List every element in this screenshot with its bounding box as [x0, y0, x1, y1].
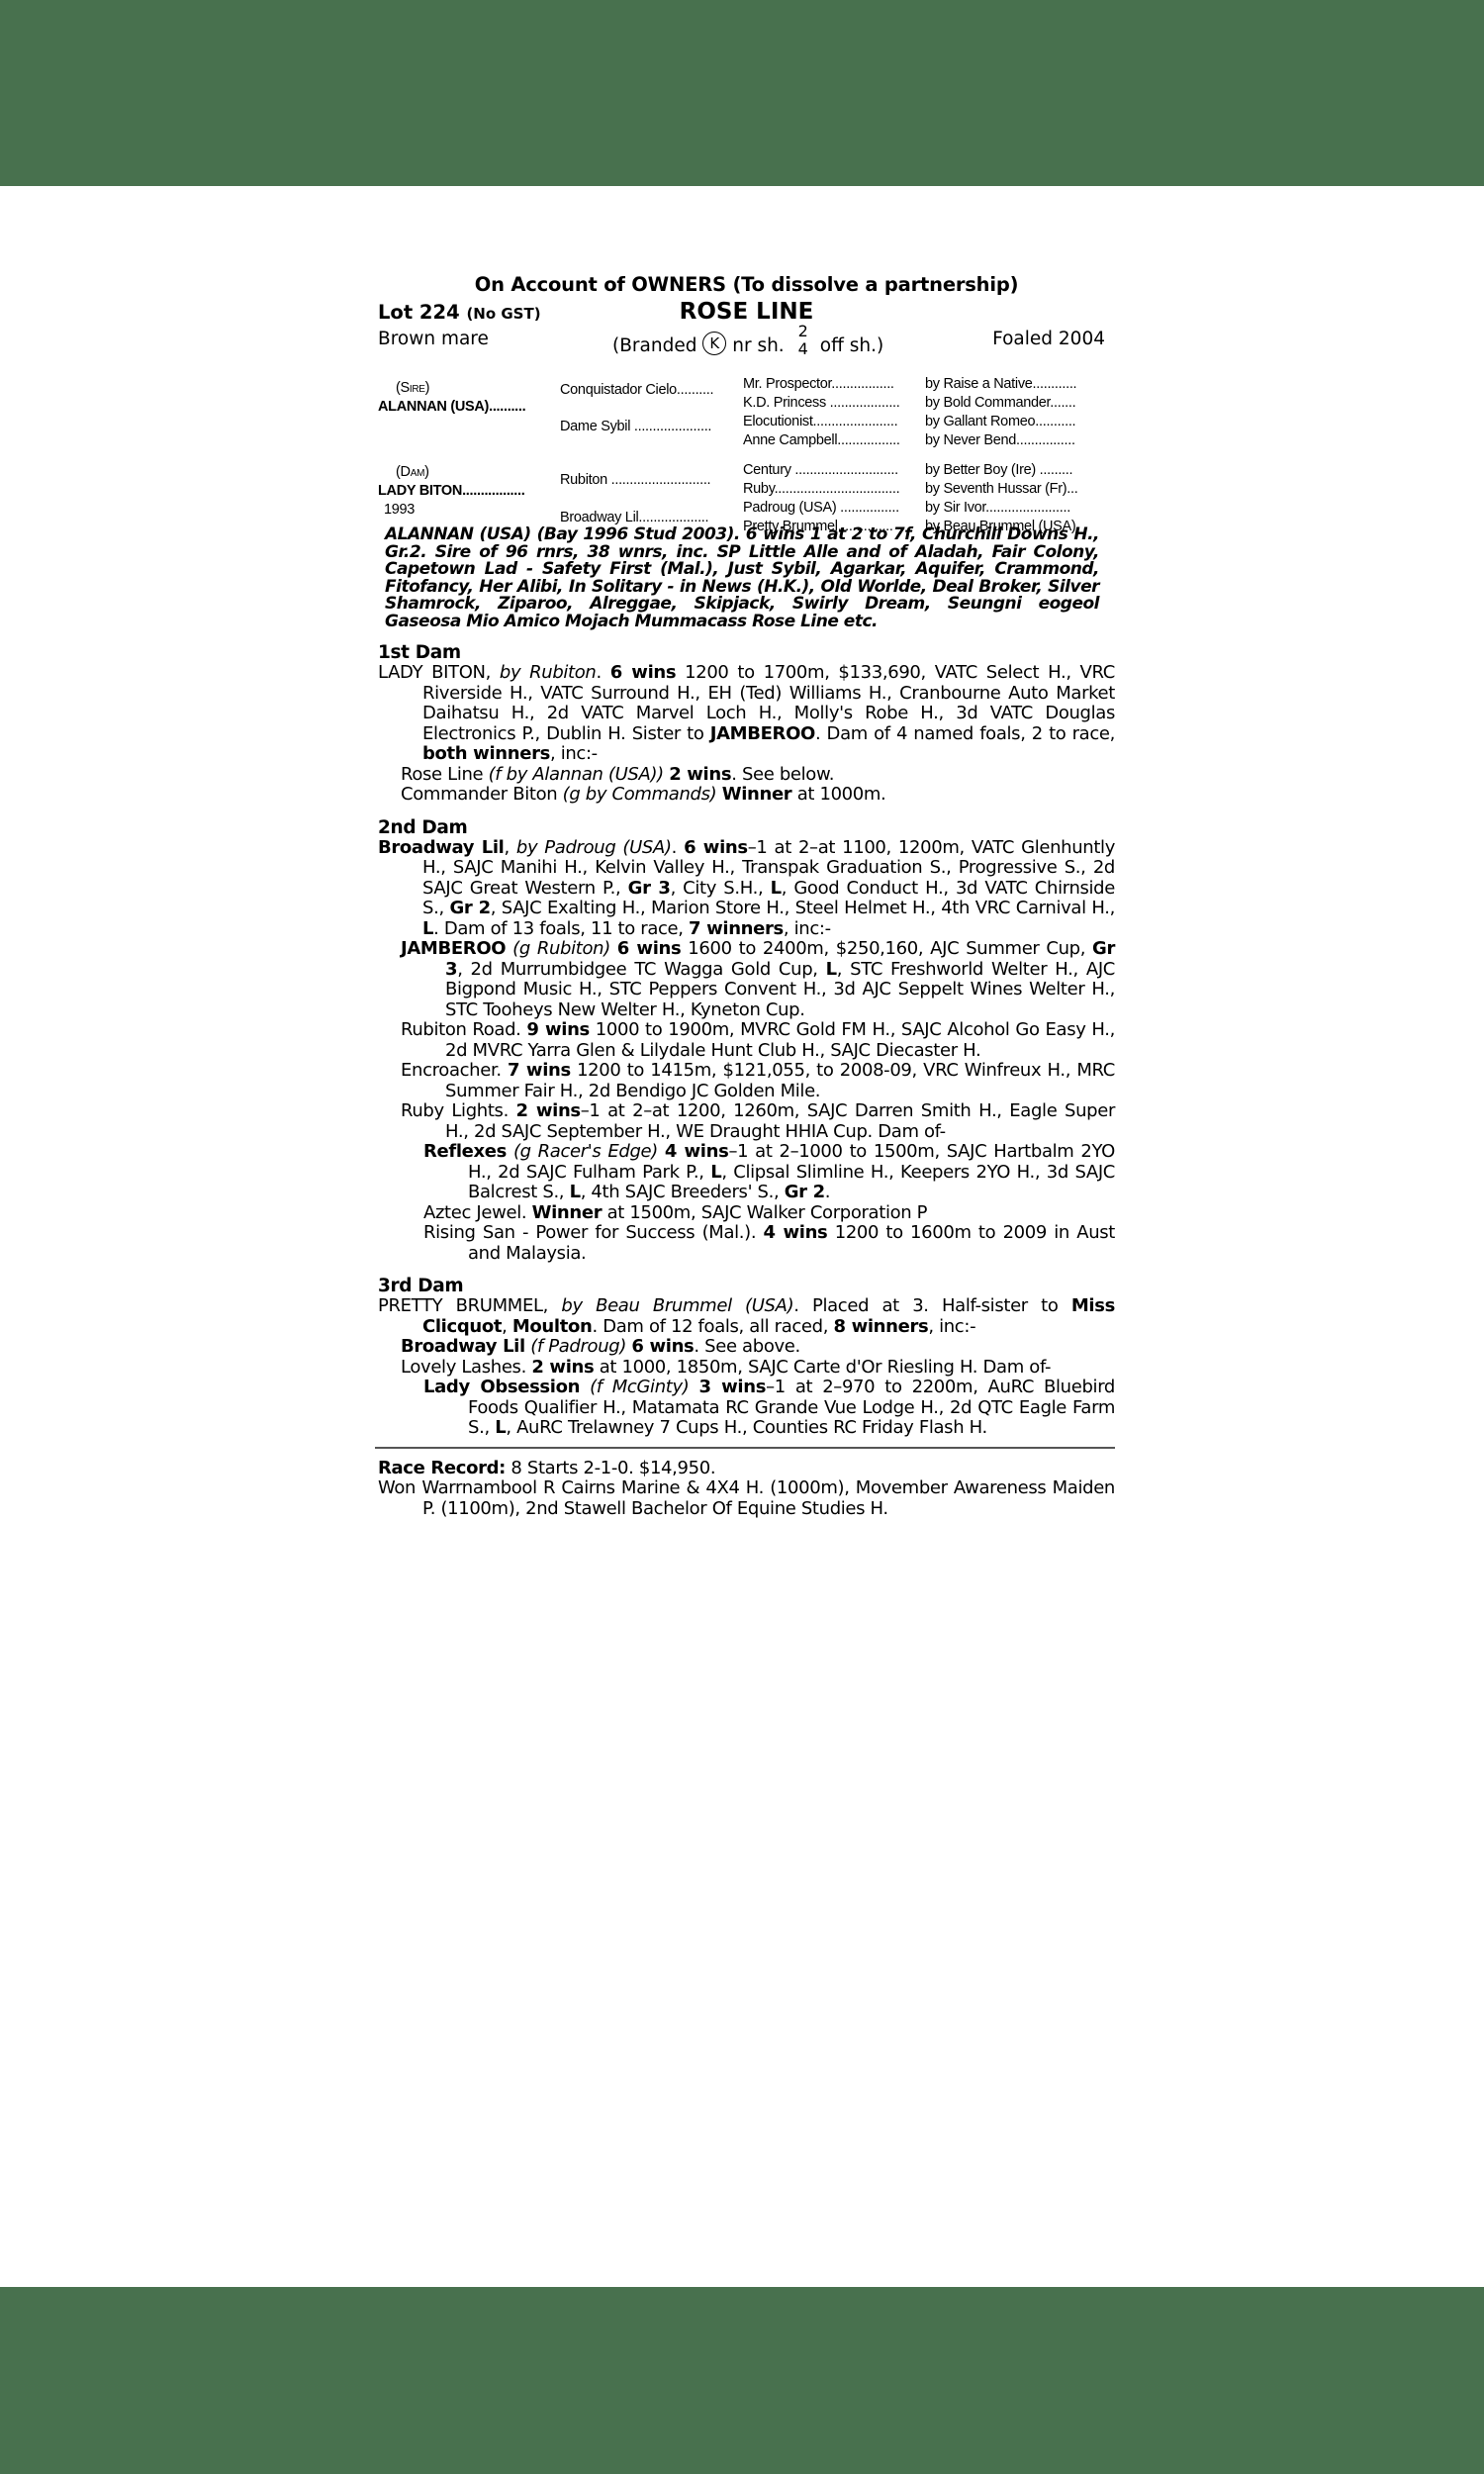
third-dam-entry: PRETTY BRUMMEL, by Beau Brummel (USA). P…: [378, 1296, 1115, 1337]
pedigree-gen4: by Beau Brummel (USA): [925, 519, 1075, 534]
second-dam-heading: 2nd Dam: [378, 817, 1115, 838]
progeny-entry: Broadway Lil (f Padroug) 6 wins. See abo…: [378, 1337, 1115, 1358]
dam-label: (Dam): [396, 464, 429, 480]
pedigree-gen3: Anne Campbell.................: [743, 432, 900, 448]
race-record-details: Won Warrnambool R Cairns Marine & 4X4 H.…: [378, 1478, 1115, 1519]
pedigree-gen4: by Sir Ivor.......................: [925, 500, 1070, 516]
sire-biography: ALANNAN (USA) (Bay 1996 Stud 2003). 6 wi…: [378, 526, 1115, 630]
foaled-year: Foaled 2004: [992, 329, 1105, 349]
progeny-entry: Rubiton Road. 9 wins 1000 to 1900m, MVRC…: [378, 1020, 1115, 1061]
third-dam-heading: 3rd Dam: [378, 1276, 1115, 1296]
pedigree-gen4: by Better Boy (Ire) .........: [925, 462, 1072, 478]
pedigree-gen4: by Never Bend................: [925, 432, 1075, 448]
dam-name: LADY BITON.................: [378, 483, 524, 499]
pedigree-gen2: Conquistador Cielo..........: [560, 382, 713, 398]
info-row: Brown mare (Branded K nr sh. 24off sh.) …: [378, 327, 1115, 362]
catalogue-page: On Account of OWNERS (To dissolve a part…: [378, 273, 1115, 1519]
pedigree-gen4: by Seventh Hussar (Fr)...: [925, 481, 1077, 497]
sire-label: (Sire): [396, 380, 429, 396]
progeny-entry: Commander Biton (g by Commands) Winner a…: [378, 785, 1115, 806]
pedigree-gen4: by Gallant Romeo...........: [925, 414, 1075, 429]
brand-k-circle-icon: K: [702, 332, 726, 355]
grand-progeny-entry: Lady Obsession (f McGinty) 3 wins–1 at 2…: [378, 1378, 1115, 1439]
vendor-heading: On Account of OWNERS (To dissolve a part…: [378, 273, 1115, 299]
section-divider: [375, 1447, 1115, 1449]
lot-number: Lot 224 (No GST): [378, 301, 541, 324]
first-dam-entry: LADY BITON, by Rubiton. 6 wins 1200 to 1…: [378, 663, 1115, 765]
pedigree-gen4: by Bold Commander.......: [925, 395, 1075, 411]
bottom-green-band: [0, 2287, 1484, 2474]
progeny-entry: Lovely Lashes. 2 wins at 1000, 1850m, SA…: [378, 1358, 1115, 1379]
gst-note: (No GST): [466, 305, 540, 323]
grand-progeny-entry: Rising San - Power for Success (Mal.). 4…: [378, 1223, 1115, 1264]
brand-description: (Branded K nr sh. 24off sh.): [612, 329, 883, 364]
pedigree-gen3: Pretty Brummel...............: [743, 519, 893, 534]
pedigree-gen3: K.D. Princess ...................: [743, 395, 900, 411]
pedigree-gen2: Dame Sybil .....................: [560, 419, 711, 434]
progeny-entry: JAMBEROO (g Rubiton) 6 wins 1600 to 2400…: [378, 939, 1115, 1020]
lot-row: ROSE LINE Lot 224 (No GST): [378, 299, 1115, 327]
first-dam-section: 1st Dam LADY BITON, by Rubiton. 6 wins 1…: [378, 642, 1115, 806]
pedigree-table: (Sire) ALANNAN (USA).......... (Dam) LAD…: [378, 362, 1115, 523]
sire-name: ALANNAN (USA)..........: [378, 399, 525, 415]
pedigree-gen3: Padroug (USA) ................: [743, 500, 899, 516]
pedigree-gen4: by Raise a Native............: [925, 376, 1076, 392]
progeny-entry: Rose Line (f by Alannan (USA)) 2 wins. S…: [378, 765, 1115, 786]
race-record: Race Record: 8 Starts 2-1-0. $14,950. Wo…: [378, 1459, 1115, 1520]
third-dam-section: 3rd Dam PRETTY BRUMMEL, by Beau Brummel …: [378, 1276, 1115, 1439]
grand-progeny-entry: Reflexes (g Racer's Edge) 4 wins–1 at 2–…: [378, 1142, 1115, 1203]
second-dam-section: 2nd Dam Broadway Lil, by Padroug (USA). …: [378, 817, 1115, 1265]
pedigree-gen2: Broadway Lil...................: [560, 510, 708, 525]
pedigree-gen3: Elocutionist.......................: [743, 414, 897, 429]
pedigree-gen2: Rubiton ...........................: [560, 472, 710, 488]
progeny-entry: Ruby Lights. 2 wins–1 at 2–at 1200, 1260…: [378, 1101, 1115, 1142]
race-record-summary: Race Record: 8 Starts 2-1-0. $14,950.: [378, 1459, 1115, 1479]
second-dam-entry: Broadway Lil, by Padroug (USA). 6 wins–1…: [378, 838, 1115, 940]
brand-fraction: 24: [798, 323, 808, 358]
pedigree-gen3: Mr. Prospector.................: [743, 376, 894, 392]
dam-year: 1993: [384, 502, 415, 518]
top-green-band: [0, 0, 1484, 186]
horse-sex: Brown mare: [378, 329, 489, 349]
progeny-entry: Encroacher. 7 wins 1200 to 1415m, $121,0…: [378, 1061, 1115, 1101]
pedigree-gen3: Century ............................: [743, 462, 898, 478]
first-dam-heading: 1st Dam: [378, 642, 1115, 663]
pedigree-gen3: Ruby..................................: [743, 481, 899, 497]
grand-progeny-entry: Aztec Jewel. Winner at 1500m, SAJC Walke…: [378, 1203, 1115, 1224]
